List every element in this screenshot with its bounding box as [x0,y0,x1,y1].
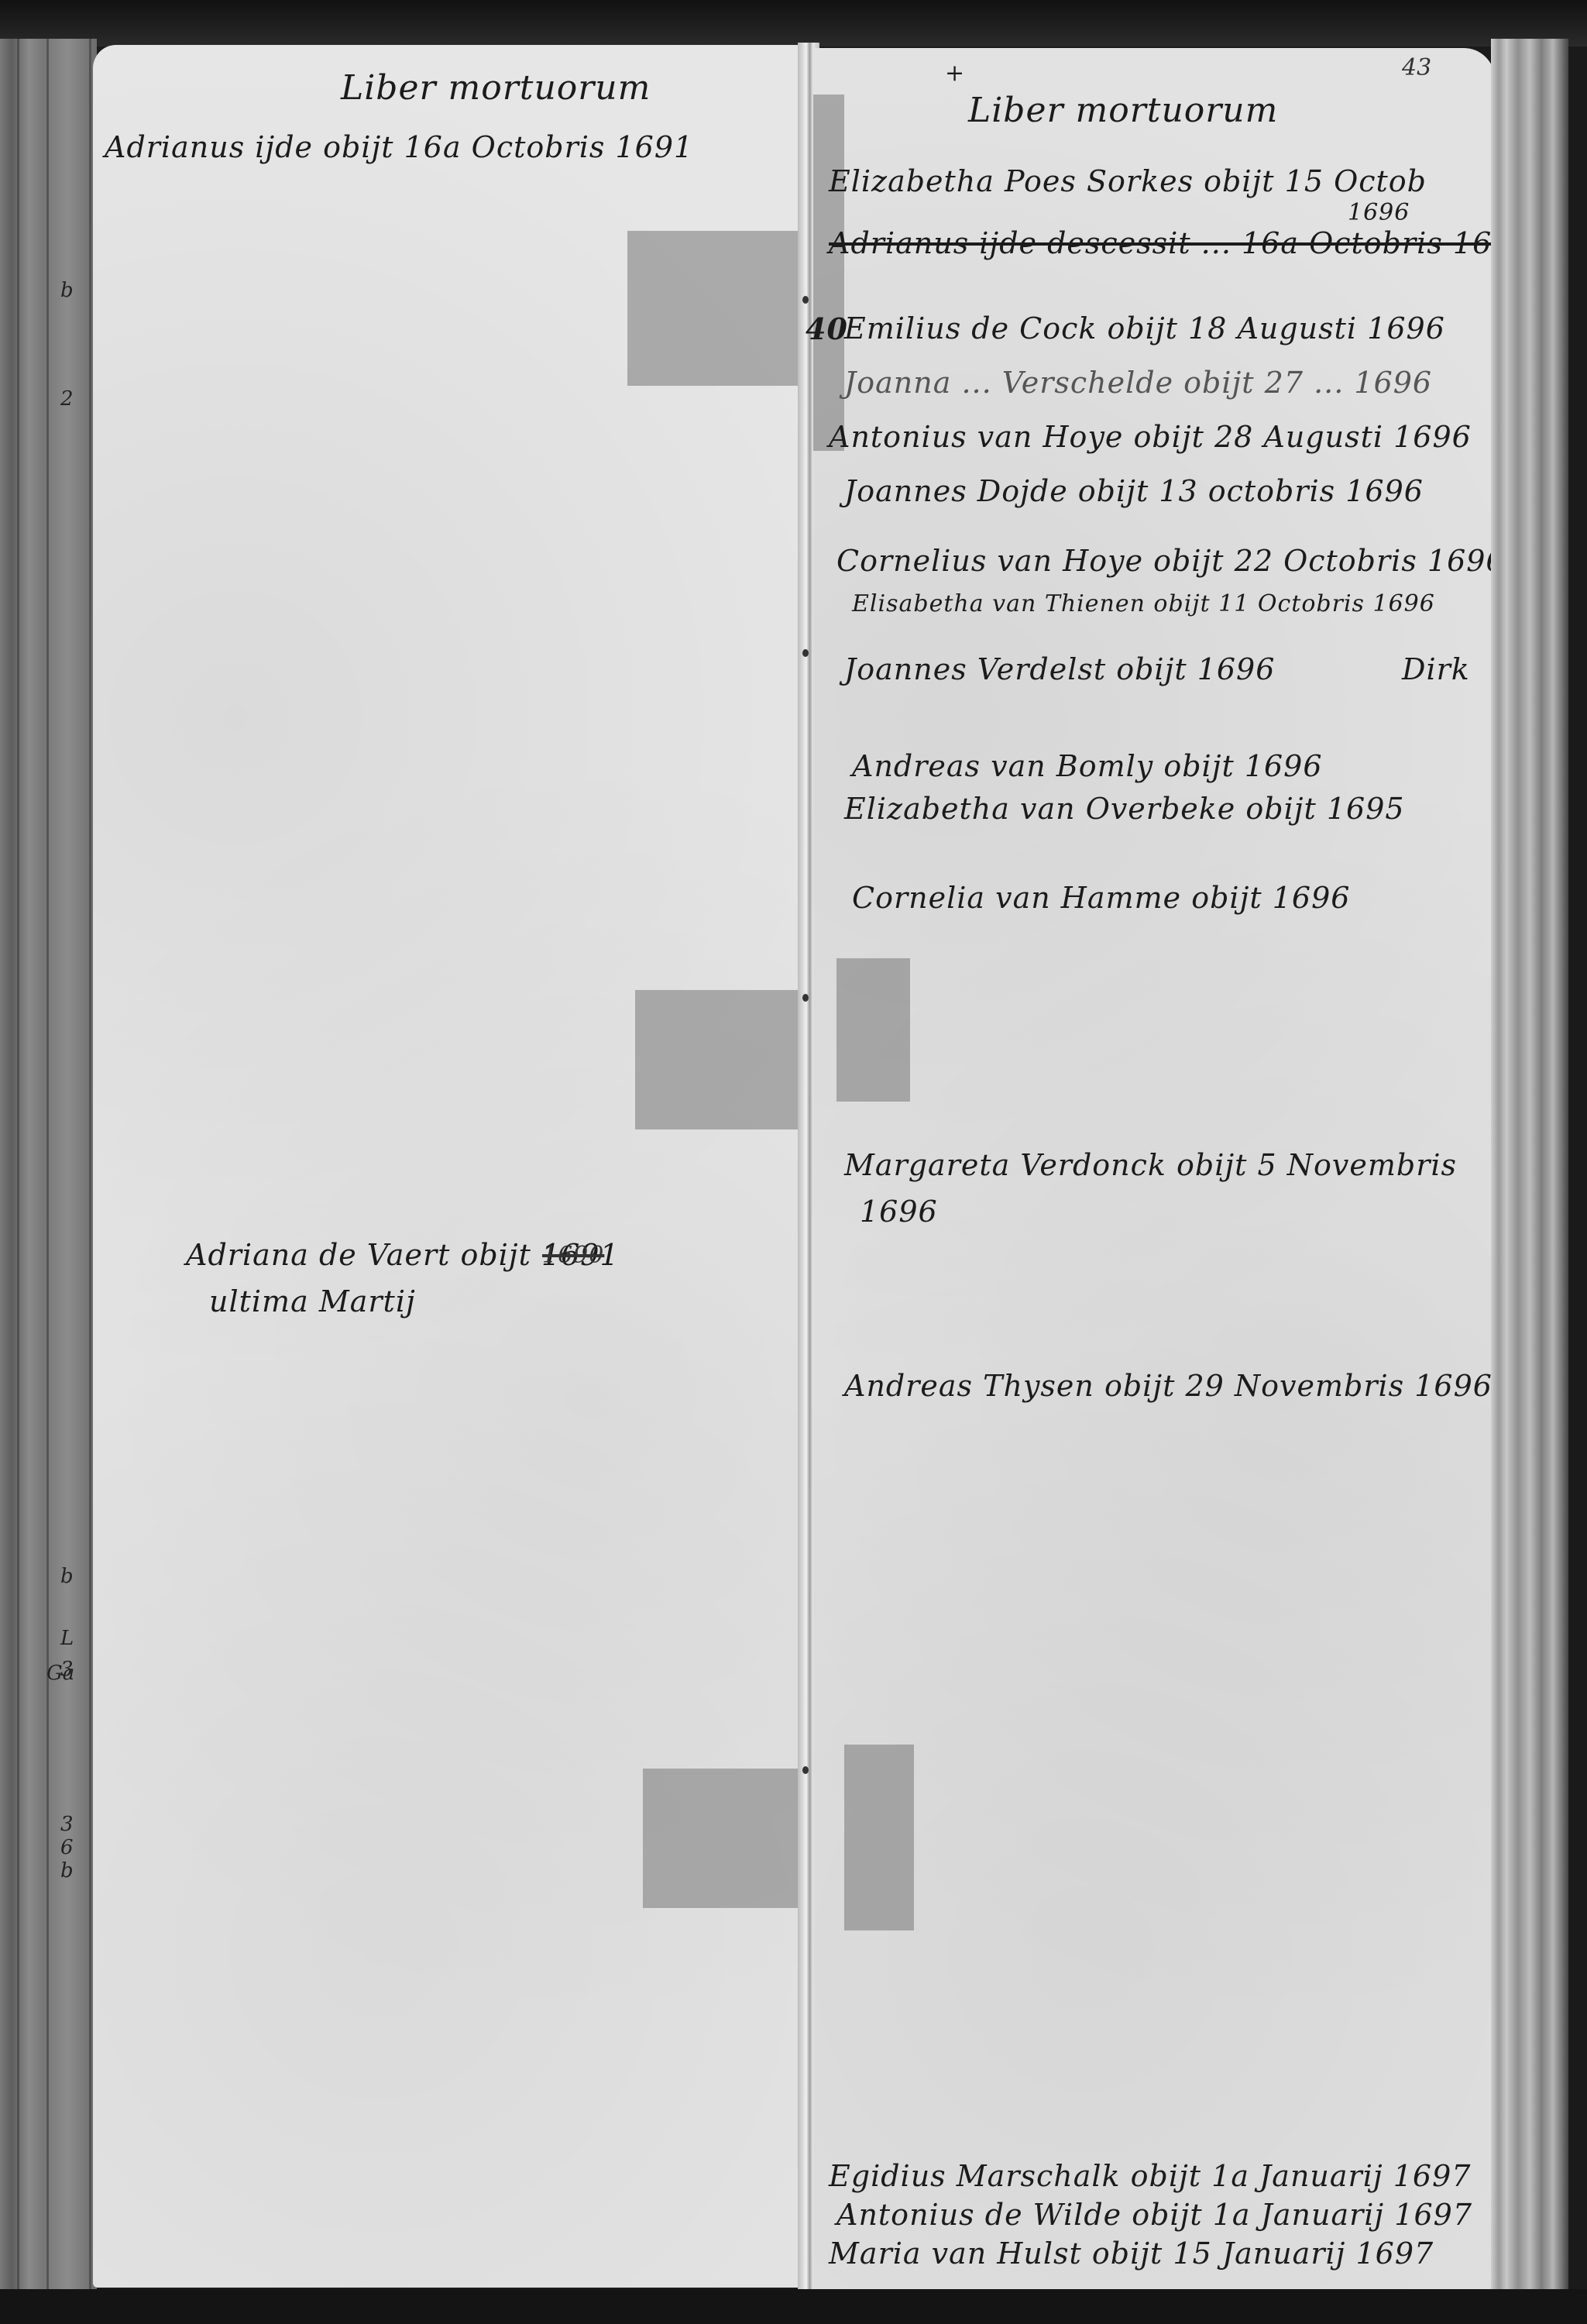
tape-patch [813,95,844,451]
register-entry: Cornelia van Hamme obijt 1696 [852,881,1350,915]
tape-patch [635,990,813,1129]
book-page-edges-right [1491,39,1568,2301]
margin-note: Ga [46,1662,74,1685]
margin-note: L [60,1627,74,1650]
binding-edge-line [89,39,91,2301]
register-entry: Antonius van Hoye obijt 28 Augusti 1696 [829,420,1472,454]
tape-patch [627,231,813,386]
register-entry-line2: ultima Martij [209,1284,416,1318]
register-entry: Joannes Dojde obijt 13 octobris 1696 [844,474,1424,508]
register-entry: Adrianus ijde obijt 16a Octobris 1691 [105,130,693,164]
cross-mark: + [945,60,965,87]
binding-stitch [802,1766,809,1774]
register-entry: Emilius de Cock obijt 18 Augusti 1696 [844,311,1445,346]
struck-text: 1690 [542,1242,604,1269]
binding-edge-line [17,39,19,2301]
register-entry: Joannes Verdelst obijt 1696 [844,652,1275,686]
binding-stitch [802,649,809,657]
margin-note: 6 [60,1836,74,1859]
margin-note: b [60,1859,74,1882]
register-entry: Elizabetha van Overbeke obijt 1695 [844,792,1405,826]
binding-stitch [802,994,809,1002]
tape-patch [844,1745,914,1930]
register-entry: Margareta Verdonck obijt 5 Novembris [844,1148,1457,1182]
folio-number: 43 [1402,54,1431,81]
scan-bottom-border [0,2289,1587,2324]
entry-year: 1696 [1348,199,1410,226]
register-entry: Cornelius van Hoye obijt 22 Octobris 169… [836,544,1506,578]
margin-note: b [60,279,74,302]
page-title: Liber mortuorum [968,91,1278,130]
register-entry-line2: 1696 [860,1195,938,1229]
book-binding-left [0,39,97,2301]
register-entry: Andreas van Bomly obijt 1696 [852,749,1323,783]
register-entry: Elizabetha Poes Sorkes obijt 15 Octob [829,164,1427,198]
manuscript-scan: b 2 b L 3 Ga 3 6 b Liber mortuorum Adria… [0,0,1587,2324]
left-page: Liber mortuorum Adrianus ijde obijt 16a … [93,45,806,2288]
register-entry: Antonius de Wilde obijt 1a Januarij 1697 [836,2198,1472,2232]
tape-patch [836,958,910,1102]
register-entry-struck: Adrianus ijde descessit ... 16a Octobris… [829,226,1531,260]
right-page: + 43 Liber mortuorum Elizabetha Poes Sor… [813,48,1495,2291]
register-entry: Egidius Marschalk obijt 1a Januarij 1697 [829,2159,1471,2193]
page-title: Liber mortuorum [341,68,651,108]
register-entry: Joanna ... Verschelde obijt 27 ... 1696 [844,366,1432,400]
register-entry: Andreas Thysen obijt 29 Novembris 1696 [844,1369,1493,1403]
scan-top-border [0,0,1587,46]
register-entry: Maria van Hulst obijt 15 Januarij 1697 [829,2236,1434,2271]
tape-patch [643,1769,798,1908]
margin-note: 2 [60,387,74,411]
margin-note-right: Dirk [1402,652,1470,686]
binding-edge-line [46,39,49,2301]
register-entry: Elisabetha van Thienen obijt 11 Octobris… [852,590,1435,617]
margin-note: 3 [60,1813,74,1836]
binding-stitch [802,296,809,304]
margin-note: b [60,1565,74,1588]
margin-number: 40 [806,311,848,346]
